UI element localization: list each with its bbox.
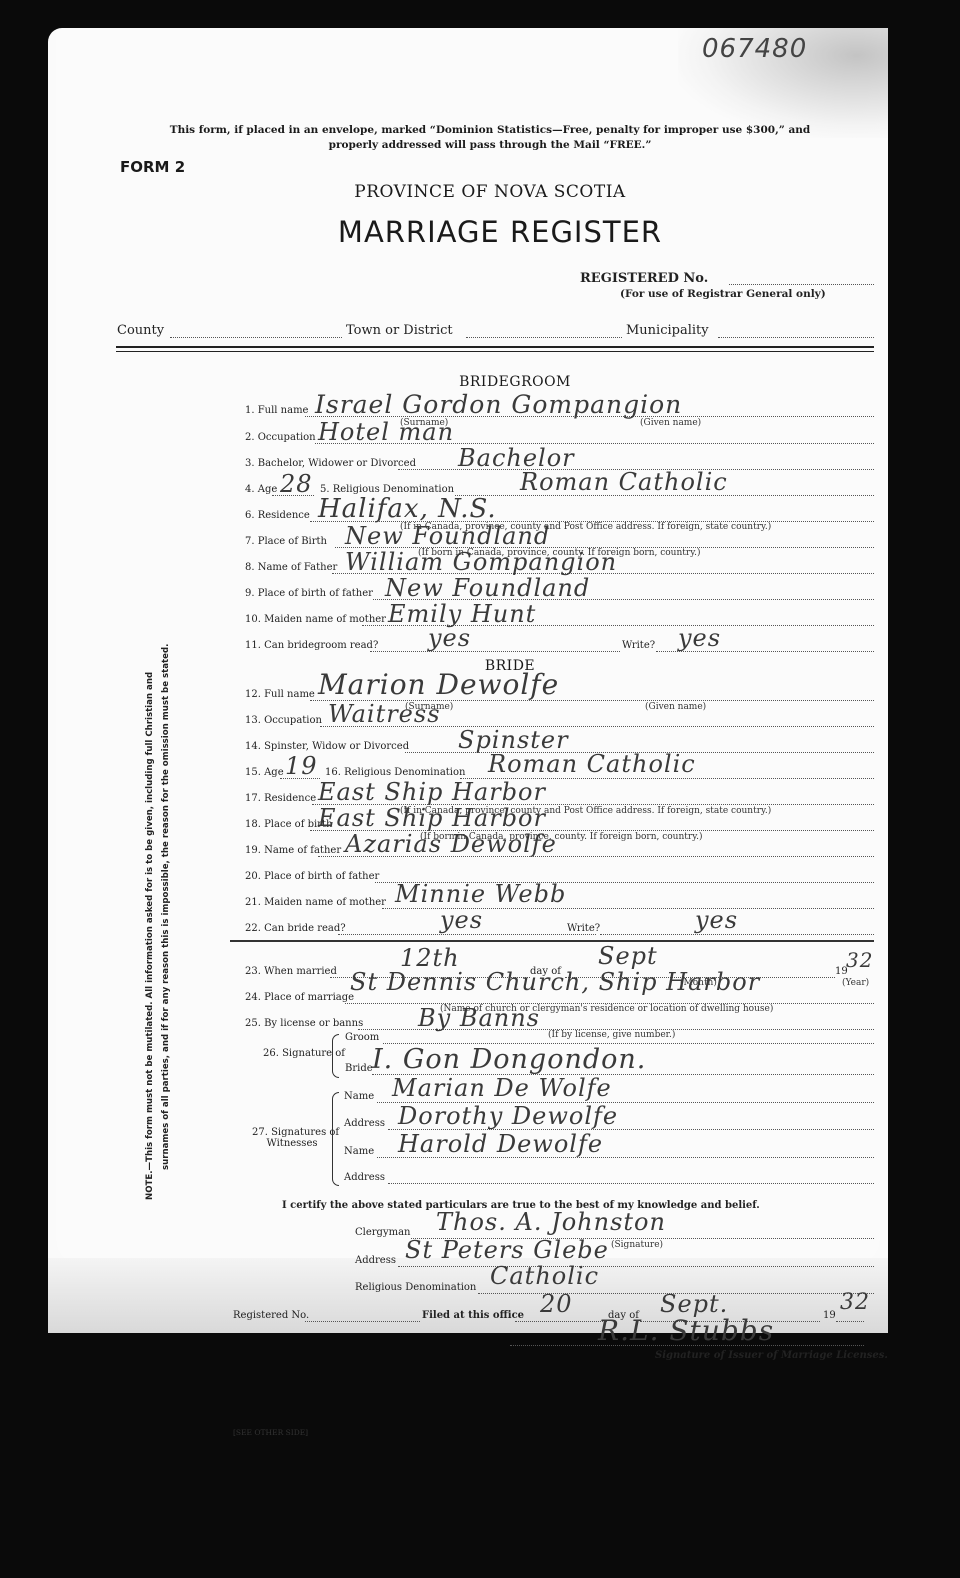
bride-read-line	[338, 934, 596, 935]
witness1-name-value[interactable]: Marian De Wolfe	[392, 1074, 612, 1102]
bride-mother-label: 21. Maiden name of mother	[245, 897, 386, 908]
groom-birthplace-value[interactable]: New Foundland	[345, 522, 550, 550]
bride-full-name-label: 12. Full name	[245, 689, 315, 700]
filed-year-value[interactable]: 32	[840, 1290, 870, 1315]
town-field[interactable]	[466, 337, 622, 338]
clergyman-address-line	[398, 1266, 874, 1267]
filed-label: Filed at this office	[422, 1310, 524, 1321]
groom-birthplace-label: 7. Place of Birth	[245, 536, 327, 547]
witness1-address-value[interactable]: Dorothy Dewolfe	[398, 1102, 618, 1130]
form-number: FORM 2	[120, 158, 185, 176]
bridegroom-heading: BRIDEGROOM	[440, 374, 590, 390]
witness1-name-label: Name	[344, 1091, 374, 1102]
witness2-address-label: Address	[344, 1172, 385, 1183]
bride-father-birthplace-label: 20. Place of birth of father	[245, 871, 379, 882]
bride-mother-value[interactable]: Minnie Webb	[395, 880, 566, 908]
clergyman-address-value[interactable]: St Peters Glebe	[405, 1236, 609, 1264]
clergyman-address-label: Address	[355, 1255, 396, 1266]
municipality-field[interactable]	[718, 337, 874, 338]
bride-residence-value[interactable]: East Ship Harbor	[318, 778, 546, 806]
when-married-label: 23. When married	[245, 966, 337, 977]
filed-day-line	[515, 1321, 607, 1322]
groom-read-label: 11. Can bridegroom read?	[245, 640, 378, 651]
bride-occupation-value[interactable]: Waitress	[328, 700, 441, 728]
groom-occupation-label: 2. Occupation	[245, 432, 316, 443]
bride-given-name-hint: (Given name)	[645, 702, 706, 712]
bride-signature-label: Bride	[345, 1063, 373, 1074]
registered-no-label: REGISTERED No.	[580, 271, 708, 286]
groom-write-label: Write?	[622, 640, 655, 651]
witnesses-label: 27. Signatures of Witnesses	[252, 1127, 332, 1149]
witness1-address-label: Address	[344, 1118, 385, 1129]
license-or-banns-label: 25. By license or banns	[245, 1018, 363, 1029]
bride-age-value[interactable]: 19	[285, 752, 318, 780]
bride-residence-label: 17. Residence	[245, 793, 316, 804]
filed-year-prefix: 19	[823, 1310, 836, 1321]
bride-status-label: 14. Spinster, Widow or Divorced	[245, 741, 409, 752]
license-hint: (If by license, give number.)	[548, 1030, 675, 1040]
bride-read-label: 22. Can bride read?	[245, 923, 346, 934]
issuer-signature-value[interactable]: R.L. Stubbs	[598, 1314, 774, 1347]
side-note-line2: surnames of all parties, and if for any …	[158, 540, 174, 1200]
bride-write-value[interactable]: yes	[695, 906, 738, 934]
groom-read-value[interactable]: yes	[428, 624, 471, 652]
clergyman-religion-label: Religious Denomination	[355, 1282, 476, 1293]
bride-write-label: Write?	[567, 923, 600, 934]
county-label: County	[117, 323, 164, 338]
mail-notice-line2: properly addressed will pass through the…	[150, 138, 830, 153]
groom-occupation-value[interactable]: Hotel man	[318, 418, 454, 446]
groom-religion-value[interactable]: Roman Catholic	[520, 468, 728, 496]
province-heading: PROVINCE OF NOVA SCOTIA	[250, 182, 730, 202]
bride-full-name-value[interactable]: Marion Dewolfe	[318, 668, 559, 701]
witness2-address-line	[388, 1183, 874, 1184]
bride-signature-value[interactable]: I. Gon Dongondon.	[372, 1044, 646, 1075]
registered-no-note: (For use of Registrar General only)	[620, 288, 826, 300]
groom-read-line	[370, 651, 620, 652]
town-label: Town or District	[346, 323, 453, 338]
mail-notice: This form, if placed in an envelope, mar…	[150, 123, 830, 153]
filing-registered-no-label: Registered No.	[233, 1310, 309, 1321]
registered-no-line	[729, 284, 874, 285]
see-other-side-note: [SEE OTHER SIDE]	[233, 1428, 308, 1437]
bride-read-value[interactable]: yes	[440, 906, 483, 934]
groom-age-label: 4. Age	[245, 484, 277, 495]
witnesses-label-line1: 27. Signatures of	[252, 1127, 332, 1138]
groom-write-value[interactable]: yes	[678, 624, 721, 652]
county-field[interactable]	[170, 337, 342, 338]
mail-notice-line1: This form, if placed in an envelope, mar…	[150, 123, 830, 138]
groom-father-label: 8. Name of Father	[245, 562, 337, 573]
clergyman-value[interactable]: Thos. A. Johnston	[436, 1208, 666, 1236]
bride-age-label: 15. Age	[245, 767, 284, 778]
groom-father-value[interactable]: William Gompangion	[345, 548, 617, 576]
groom-signature-label: Groom	[345, 1032, 379, 1043]
bride-occupation-label: 13. Occupation	[245, 715, 322, 726]
bride-father-value[interactable]: Azarias Dewolfe	[345, 830, 557, 858]
issuer-label: Signature of Issuer of Marriage Licenses…	[655, 1350, 888, 1361]
clergyman-religion-value[interactable]: Catholic	[490, 1262, 599, 1290]
bride-religion-label: 16. Religious Denomination	[325, 767, 465, 778]
header-double-rule	[116, 346, 874, 352]
groom-residence-value[interactable]: Halifax, N.S.	[318, 494, 497, 524]
witness2-name-label: Name	[344, 1146, 374, 1157]
married-month-value[interactable]: Sept	[598, 942, 658, 970]
bride-father-label: 19. Name of father	[245, 845, 341, 856]
groom-status-label: 3. Bachelor, Widower or Divorced	[245, 458, 416, 469]
bride-birthplace-value[interactable]: East Ship Harbor	[318, 804, 546, 832]
filing-registered-no-line[interactable]	[305, 1321, 420, 1322]
groom-mother-label: 10. Maiden name of mother	[245, 614, 386, 625]
municipality-label: Municipality	[626, 323, 709, 338]
side-note-line1: NOTE.—This form must not be mutilated. A…	[142, 540, 158, 1200]
year-hint: (Year)	[842, 978, 869, 988]
clergyman-label: Clergyman	[355, 1227, 410, 1238]
bride-section-rule	[230, 940, 874, 942]
groom-full-name-value[interactable]: Israel Gordon Gompangion	[315, 390, 682, 419]
place-of-marriage-value[interactable]: St Dennis Church, Ship Harbor	[350, 968, 760, 996]
license-or-banns-value[interactable]: By Banns	[418, 1004, 540, 1032]
groom-full-name-label: 1. Full name	[245, 405, 308, 416]
archive-number: 067480	[702, 34, 807, 64]
clergyman-signature-hint: (Signature)	[611, 1240, 663, 1250]
bride-religion-value[interactable]: Roman Catholic	[488, 750, 696, 778]
witnesses-brace	[332, 1092, 339, 1186]
witness2-name-value[interactable]: Harold Dewolfe	[398, 1130, 603, 1158]
filed-year-line	[836, 1321, 864, 1322]
groom-given-name-hint: (Given name)	[640, 418, 701, 428]
groom-residence-label: 6. Residence	[245, 510, 310, 521]
groom-father-birthplace-label: 9. Place of birth of father	[245, 588, 373, 599]
groom-age-value[interactable]: 28	[280, 470, 313, 498]
filed-day-value[interactable]: 20	[540, 1290, 573, 1318]
witnesses-label-line2: Witnesses	[252, 1138, 332, 1149]
page-title: MARRIAGE REGISTER	[220, 215, 780, 249]
bride-write-line	[600, 934, 874, 935]
place-of-marriage-label: 24. Place of marriage	[245, 992, 354, 1003]
side-note: NOTE.—This form must not be mutilated. A…	[142, 540, 174, 1200]
signature-brace	[332, 1034, 339, 1078]
married-year-value[interactable]: 32	[846, 948, 873, 972]
groom-father-birthplace-value[interactable]: New Foundland	[385, 574, 590, 602]
